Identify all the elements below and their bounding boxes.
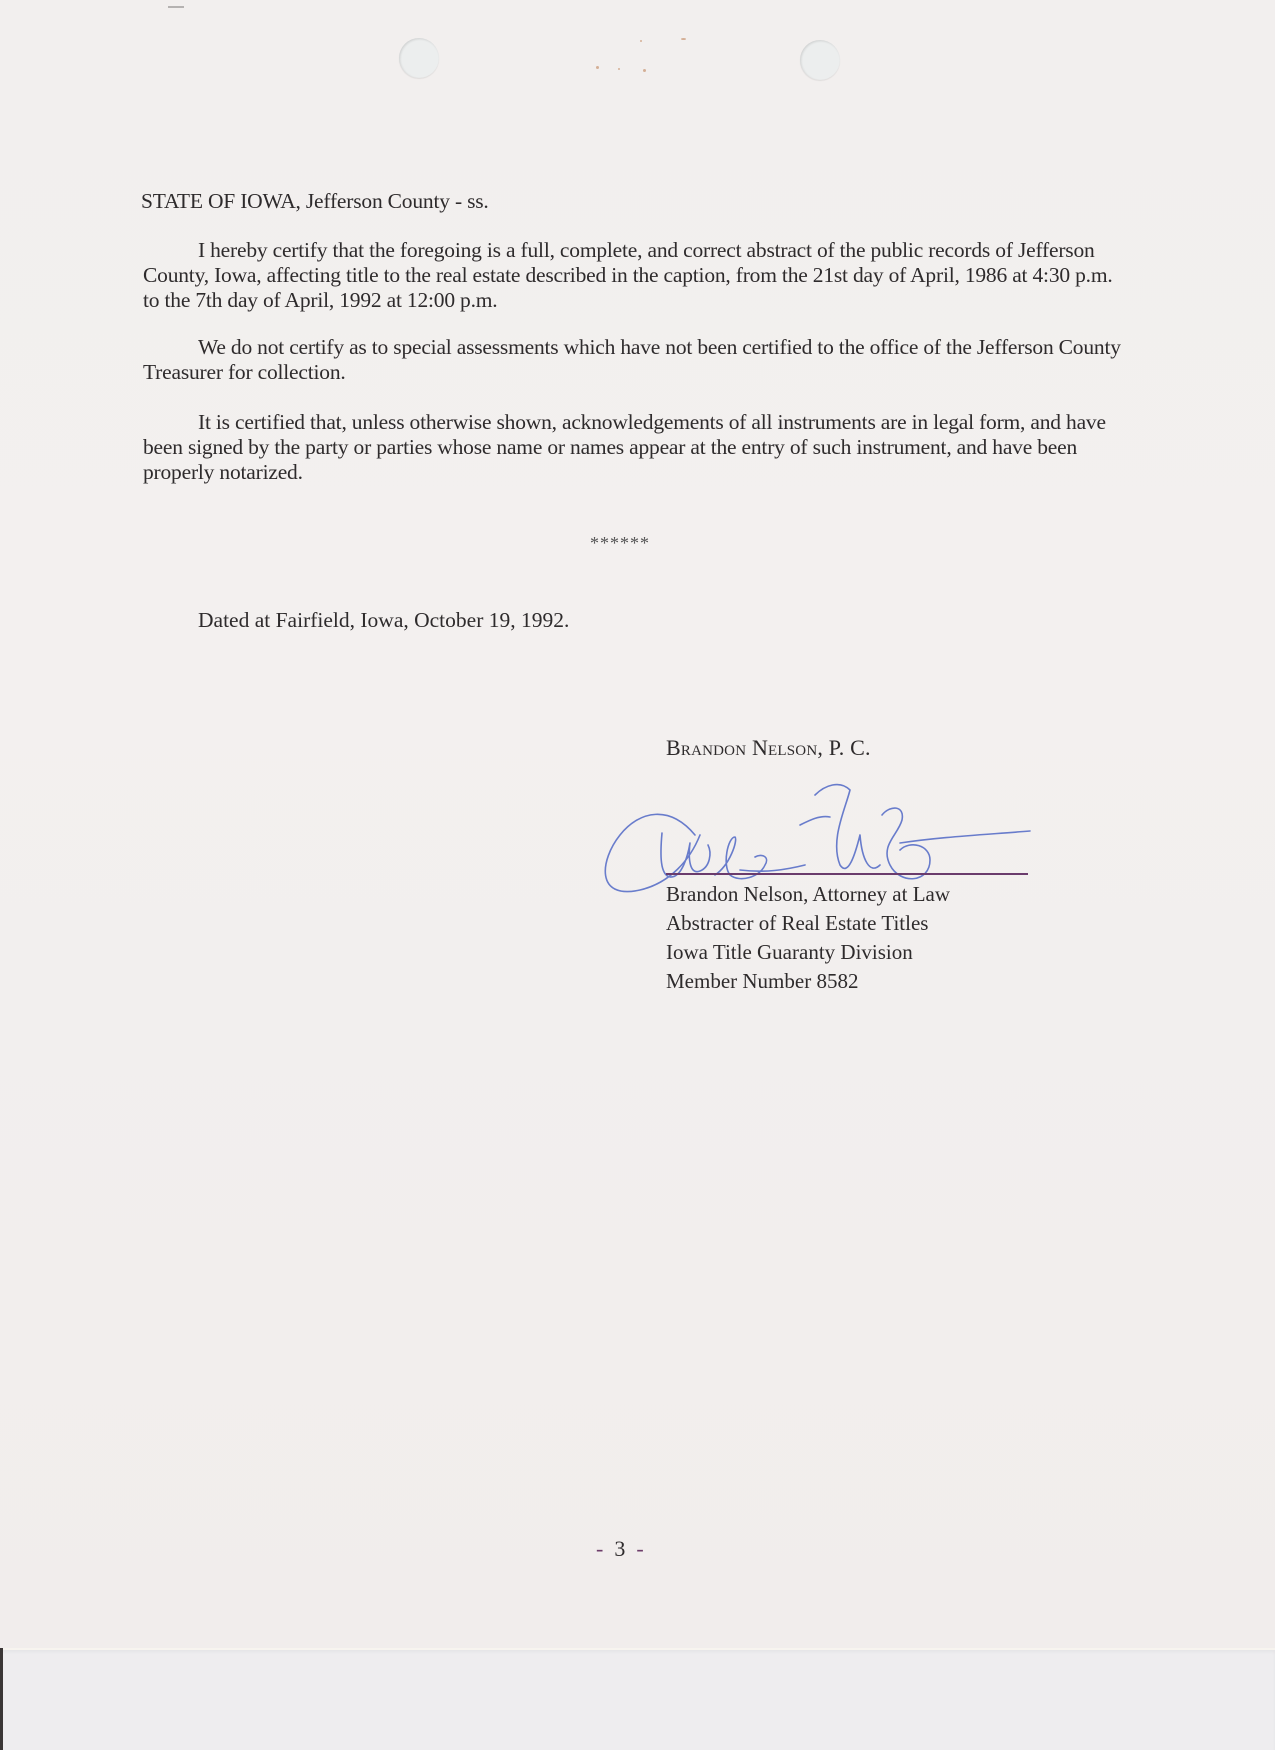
signer-division: Iowa Title Guaranty Division bbox=[666, 938, 950, 967]
signature-line bbox=[666, 873, 1028, 875]
paper-speck bbox=[618, 68, 620, 70]
page-number-dash: - bbox=[626, 1536, 654, 1561]
certification-paragraph: I hereby certify that the foregoing is a… bbox=[143, 238, 1128, 313]
firm-name: Brandon Nelson, P. C. bbox=[666, 735, 871, 761]
punch-hole-right bbox=[800, 40, 840, 80]
paper-speck bbox=[640, 40, 642, 42]
signer-name-title: Brandon Nelson, Attorney at Law bbox=[666, 880, 950, 909]
document-page: STATE OF IOWA, Jefferson County - ss. I … bbox=[0, 0, 1275, 1648]
page-number-dash: - bbox=[586, 1536, 614, 1561]
paper-speck bbox=[596, 66, 599, 69]
paragraph-text: It is certified that, unless otherwise s… bbox=[143, 410, 1106, 484]
signer-member-number: Member Number 8582 bbox=[666, 967, 950, 996]
paragraph-text: We do not certify as to special assessme… bbox=[143, 335, 1121, 384]
paragraph-text: I hereby certify that the foregoing is a… bbox=[143, 238, 1113, 312]
page-number-value: 3 bbox=[614, 1536, 626, 1561]
underlying-sheet bbox=[0, 1648, 1275, 1750]
punch-hole-left bbox=[399, 38, 439, 78]
acknowledgements-paragraph: It is certified that, unless otherwise s… bbox=[143, 410, 1128, 485]
section-separator: ****** bbox=[590, 533, 650, 554]
scan-mark bbox=[168, 6, 184, 8]
special-assessments-paragraph: We do not certify as to special assessme… bbox=[143, 335, 1128, 385]
paper-speck bbox=[643, 69, 646, 72]
page-number: -3- bbox=[586, 1536, 655, 1562]
venue-heading: STATE OF IOWA, Jefferson County - ss. bbox=[141, 189, 489, 214]
paper-speck bbox=[681, 38, 686, 40]
signer-role: Abstracter of Real Estate Titles bbox=[666, 909, 950, 938]
dated-line: Dated at Fairfield, Iowa, October 19, 19… bbox=[198, 608, 569, 633]
signature-block: Brandon Nelson, Attorney at Law Abstract… bbox=[666, 880, 950, 996]
scanner-edge bbox=[0, 1648, 3, 1750]
